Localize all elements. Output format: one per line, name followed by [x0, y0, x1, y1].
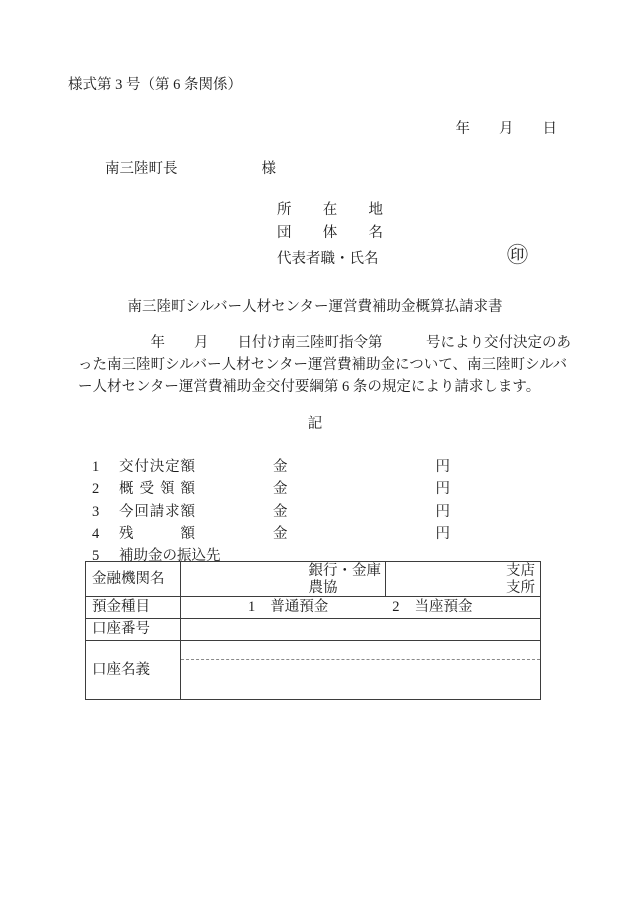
currency-label: 金 — [273, 481, 288, 497]
body-line: 年 月 日付け南三陸町指令第 号により交付決定のあ — [78, 332, 571, 354]
table-row-deposit-type: 預金種目 1普通預金2当座預金 — [86, 596, 540, 618]
section-marker: 記 — [0, 413, 630, 435]
date-line: 年 月 日 — [456, 118, 558, 140]
request-form-page: 様式第 3 号（第 6 条関係） 年 月 日 南三陸町長様 所在地 団体名 代表… — [0, 0, 630, 903]
list-item: 3今回請求額金円 — [0, 501, 630, 523]
institution-type-block: 銀行・金庫 農協 — [309, 563, 382, 596]
item-number: 4 — [92, 523, 119, 545]
item-label: 交付決定額 — [119, 456, 195, 478]
deposit-option-text: 当座預金 — [415, 599, 473, 615]
table-row-account-number: 口座番号 — [86, 618, 540, 640]
deposit-option-number: 1 — [248, 599, 255, 615]
deposit-type-label: 預金種目 — [86, 597, 181, 618]
account-name-cell — [181, 641, 540, 699]
account-name-label: 口座名義 — [86, 641, 181, 699]
addressee-line: 南三陸町長様 — [105, 158, 276, 180]
address-label: 所在地 — [277, 199, 383, 221]
body-line: った南三陸町シルバー人材センター運営費補助金について、南三陸町シルバ — [78, 354, 571, 376]
representative-label: 代表者職・氏名 — [277, 248, 379, 270]
branch-type: 支所 — [386, 580, 535, 597]
addressee-honorific: 様 — [262, 161, 277, 177]
table-row-financial-institution: 金融機関名 銀行・金庫 農協 支店 支所 — [86, 562, 540, 596]
institution-type: 農協 — [309, 580, 382, 597]
amount-list: 1交付決定額金円 2概受領額金円 3今回請求額金円 4残額金円 5補助金の振込先 — [0, 456, 630, 567]
account-number-cell — [181, 619, 540, 640]
unit-label: 円 — [436, 526, 451, 542]
form-number: 様式第 3 号（第 6 条関係） — [68, 74, 242, 96]
unit-label: 円 — [436, 481, 451, 497]
list-item: 4残額金円 — [0, 523, 630, 545]
account-name-furigana-area — [181, 641, 540, 660]
branch-type: 支店 — [386, 563, 535, 580]
table-row-account-name: 口座名義 — [86, 640, 540, 699]
bank-transfer-table: 金融機関名 銀行・金庫 農協 支店 支所 預金種目 1普通預金2当座預金 口座番… — [85, 561, 541, 700]
account-number-label: 口座番号 — [86, 619, 181, 640]
currency-label: 金 — [273, 504, 288, 520]
deposit-options-cell: 1普通預金2当座預金 — [181, 597, 540, 618]
institution-type: 銀行・金庫 — [309, 563, 382, 580]
unit-label: 円 — [436, 459, 451, 475]
item-number: 1 — [92, 456, 119, 478]
branch-type-cell: 支店 支所 — [386, 562, 540, 596]
item-label: 今回請求額 — [119, 501, 195, 523]
body-paragraph: 年 月 日付け南三陸町指令第 号により交付決定のあ った南三陸町シルバー人材セン… — [78, 332, 571, 398]
document-title: 南三陸町シルバー人材センター運営費補助金概算払請求書 — [0, 296, 630, 318]
list-item: 2概受領額金円 — [0, 478, 630, 500]
institution-type-cell: 銀行・金庫 農協 — [181, 562, 386, 596]
item-number: 3 — [92, 501, 119, 523]
body-line: ー人材センター運営費補助金交付要綱第 6 条の規定により請求します。 — [78, 376, 571, 398]
organization-label: 団体名 — [277, 222, 383, 244]
currency-label: 金 — [273, 526, 288, 542]
seal-mark-icon: ㊞ — [507, 245, 528, 266]
item-label: 残額 — [119, 523, 195, 545]
account-name-area — [181, 660, 540, 699]
item-label: 概受領額 — [119, 478, 195, 500]
item-number: 2 — [92, 478, 119, 500]
deposit-option-number: 2 — [392, 599, 399, 615]
unit-label: 円 — [436, 504, 451, 520]
financial-institution-label: 金融機関名 — [86, 562, 181, 596]
addressee-name: 南三陸町長 — [105, 161, 178, 177]
deposit-option-text: 普通預金 — [270, 599, 328, 615]
list-item: 1交付決定額金円 — [0, 456, 630, 478]
currency-label: 金 — [273, 459, 288, 475]
